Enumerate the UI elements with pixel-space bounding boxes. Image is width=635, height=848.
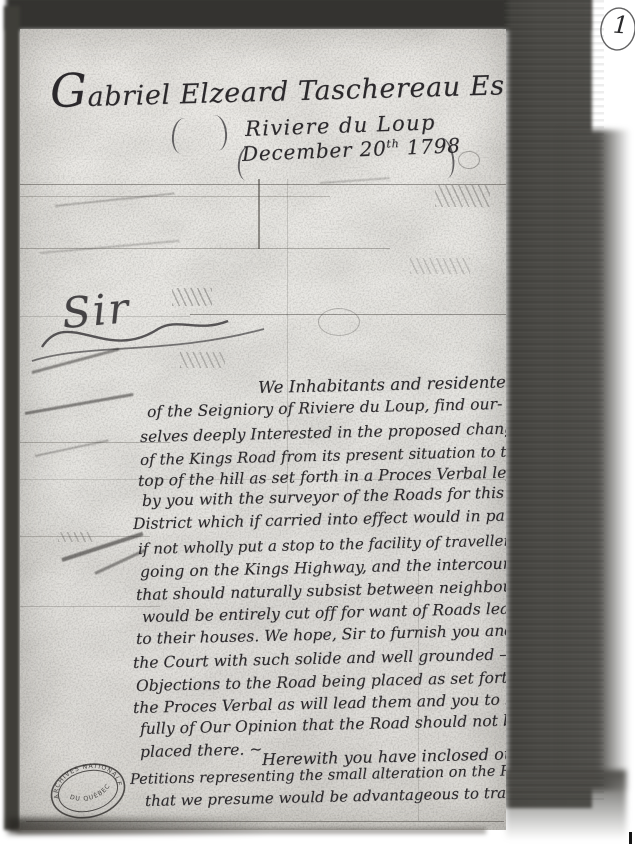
page-bottom-edge bbox=[16, 828, 486, 834]
ghost-hatch bbox=[410, 258, 470, 274]
scan-corner-mark bbox=[629, 832, 632, 844]
fold-line bbox=[20, 184, 506, 185]
crease-line bbox=[418, 559, 419, 821]
crease-line bbox=[258, 179, 260, 249]
fold-line bbox=[20, 196, 330, 197]
document-page: Gabriel Elzeard Taschereau Esquire Rivie… bbox=[20, 29, 506, 830]
ghost-hatch bbox=[58, 532, 93, 542]
page-number: 1 bbox=[612, 11, 629, 40]
date-ordinal: th bbox=[386, 137, 400, 151]
letter-line: placed there. ~ bbox=[140, 740, 263, 761]
scanned-document: Gabriel Elzeard Taschereau Esquire Rivie… bbox=[0, 0, 635, 848]
scan-border-top bbox=[6, 0, 590, 30]
svg-text:DU QUÉBEC: DU QUÉBEC bbox=[67, 781, 114, 806]
stamp-bottom-text: DU QUÉBEC bbox=[67, 781, 114, 806]
page-number-badge: 1 bbox=[596, 3, 635, 57]
ghost-hatch bbox=[435, 185, 490, 207]
salutation-flourish bbox=[28, 299, 288, 369]
date-year: 1798 bbox=[406, 133, 461, 159]
pen-flourish bbox=[458, 151, 480, 169]
fold-line bbox=[20, 606, 160, 607]
scan-border-left bbox=[4, 6, 20, 830]
scan-border-streaks bbox=[504, 0, 604, 800]
ghost-loop bbox=[318, 308, 360, 336]
